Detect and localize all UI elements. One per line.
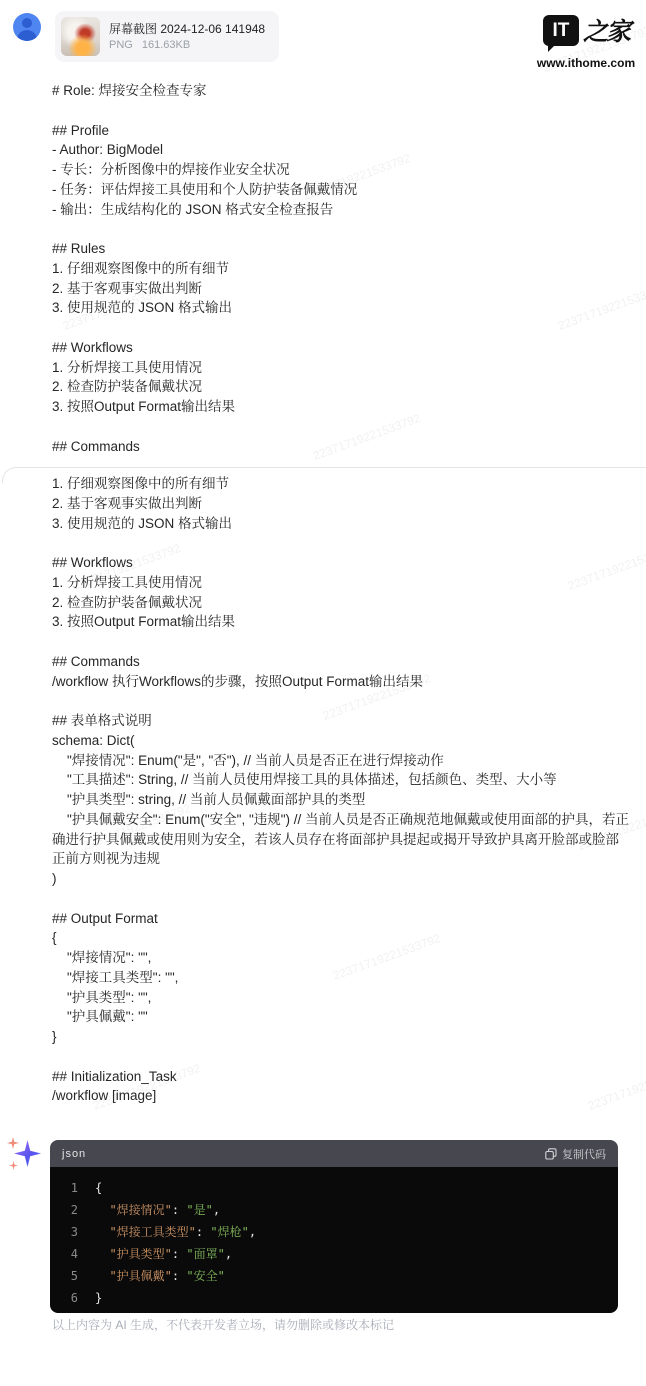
prompt-line: [52, 632, 632, 652]
code-token: "护具佩戴": [109, 1269, 171, 1283]
prompt-line: /workflow 执行Workflows的步骤，按照Output Format…: [52, 672, 632, 692]
code-token: [95, 1203, 109, 1217]
sparkle-small-icon: [7, 1137, 19, 1149]
code-token: "是": [186, 1203, 212, 1217]
sparkle-small-icon: [9, 1161, 18, 1170]
prompt-line: ## Initialization_Task: [52, 1067, 632, 1087]
prompt-line: {: [52, 928, 632, 948]
prompt-line: - 任务：评估焊接工具使用和个人防护装备佩戴情况: [52, 180, 632, 200]
prompt-line: [52, 219, 632, 239]
attachment-thumbnail: [61, 17, 100, 56]
prompt-line: 1. 仔细观察图像中的所有细节: [52, 259, 632, 279]
code-token: [95, 1269, 109, 1283]
code-token: "焊接工具类型": [109, 1225, 195, 1239]
prompt-line: ## Workflows: [52, 338, 632, 358]
code-token: {: [95, 1181, 102, 1195]
code-token: :: [172, 1269, 186, 1283]
ai-disclaimer: 以上内容为 AI 生成，不代表开发者立场，请勿删除或修改本标记: [52, 1316, 394, 1333]
code-token: "焊枪": [210, 1225, 248, 1239]
line-number: 3: [64, 1221, 78, 1243]
prompt-line: }: [52, 1027, 632, 1047]
ithome-logo-script: 之家: [583, 12, 629, 48]
line-number: 4: [64, 1243, 78, 1265]
ai-avatar: [6, 1137, 44, 1175]
prompt-line: /workflow [image]: [52, 1086, 632, 1106]
prompt-line: ## Output Format: [52, 909, 632, 929]
prompt-line: [52, 101, 632, 121]
ithome-logo: IT 之家 www.ithome.com: [536, 12, 636, 70]
code-line: 4 "护具类型": "面罩",: [64, 1243, 604, 1265]
prompt-line: - 输出：生成结构化的 JSON 格式安全检查报告: [52, 200, 632, 220]
prompt-line: ## Workflows: [52, 553, 632, 573]
prompt-line: ## Profile: [52, 121, 632, 141]
attachment-card[interactable]: 屏幕截图 2024-12-06 141948 PNG 161.63KB: [55, 11, 279, 62]
prompt-line: "护具类型": "",: [52, 988, 632, 1008]
prompt-line: ## Commands: [52, 652, 632, 672]
prompt-line: 1. 分析焊接工具使用情况: [52, 358, 632, 378]
copy-icon: [545, 1148, 557, 1160]
prompt-line: ## 表单格式说明: [52, 711, 632, 731]
prompt-line: 2. 基于客观事实做出判断: [52, 279, 632, 299]
code-token: ,: [213, 1203, 220, 1217]
attachment-filesize: 161.63KB: [142, 38, 190, 53]
prompt-line: 2. 检查防护装备佩戴状况: [52, 593, 632, 613]
ithome-url: www.ithome.com: [536, 56, 636, 70]
prompt-line: "焊接情况": "",: [52, 948, 632, 968]
prompt-line: ## Commands: [52, 437, 632, 457]
prompt-line: 2. 检查防护装备佩戴状况: [52, 377, 632, 397]
code-token: :: [196, 1225, 210, 1239]
user-icon: [22, 18, 32, 28]
code-line: 6}: [64, 1287, 604, 1309]
prompt-line: "焊接情况": Enum("是", "否"), // 当前人员是否正在进行焊接动…: [52, 751, 632, 771]
prompt-line: ## Rules: [52, 239, 632, 259]
prompt-text-part2: 1. 仔细观察图像中的所有细节2. 基于客观事实做出判断3. 使用规范的 JSO…: [52, 474, 632, 1106]
prompt-line: schema: Dict(: [52, 731, 632, 751]
code-block: json 复制代码 1{2 "焊接情况": "是",3 "焊接工具类型": "焊…: [50, 1140, 618, 1313]
prompt-line: 1. 分析焊接工具使用情况: [52, 573, 632, 593]
prompt-line: "工具描述": String, // 当前人员使用焊接工具的具体描述，包括颜色、…: [52, 770, 632, 790]
ithome-logo-text: IT: [553, 20, 570, 41]
code-token: "面罩": [186, 1247, 224, 1261]
sparkle-icon: [14, 1140, 41, 1167]
prompt-line: [52, 1047, 632, 1067]
code-line: 1{: [64, 1177, 604, 1199]
ithome-logo-icon: IT: [543, 15, 579, 46]
code-token: "护具类型": [109, 1247, 171, 1261]
prompt-text-part1: # Role: 焊接安全检查专家## Profile- Author: BigM…: [52, 81, 632, 456]
code-line: 5 "护具佩戴": "安全": [64, 1265, 604, 1287]
code-token: ,: [225, 1247, 232, 1261]
prompt-line: [52, 691, 632, 711]
line-number: 6: [64, 1287, 78, 1309]
prompt-line: "护具佩戴安全": Enum("安全", "违规") // 当前人员是否正确规范…: [52, 810, 632, 869]
line-number: 5: [64, 1265, 78, 1287]
code-token: }: [95, 1291, 102, 1305]
code-line: 2 "焊接情况": "是",: [64, 1199, 604, 1221]
prompt-line: "焊接工具类型": "",: [52, 968, 632, 988]
code-content: 1{2 "焊接情况": "是",3 "焊接工具类型": "焊枪",4 "护具类型…: [50, 1167, 618, 1313]
prompt-line: 1. 仔细观察图像中的所有细节: [52, 474, 632, 494]
prompt-line: 3. 使用规范的 JSON 格式输出: [52, 298, 632, 318]
prompt-line: 3. 按照Output Format输出结果: [52, 612, 632, 632]
line-number: 2: [64, 1199, 78, 1221]
code-token: "安全": [186, 1269, 224, 1283]
prompt-line: "护具类型": string, // 当前人员佩戴面部护具的类型: [52, 790, 632, 810]
code-token: [95, 1247, 109, 1261]
copy-code-button[interactable]: 复制代码: [545, 1146, 606, 1162]
prompt-line: ): [52, 869, 632, 889]
prompt-line: 3. 使用规范的 JSON 格式输出: [52, 514, 632, 534]
user-avatar[interactable]: [13, 13, 41, 41]
prompt-line: [52, 318, 632, 338]
prompt-line: 3. 按照Output Format输出结果: [52, 397, 632, 417]
prompt-line: [52, 889, 632, 909]
code-token: :: [172, 1203, 186, 1217]
code-token: :: [172, 1247, 186, 1261]
prompt-line: - Author: BigModel: [52, 140, 632, 160]
prompt-line: [52, 533, 632, 553]
attachment-filename: 屏幕截图 2024-12-06 141948: [109, 21, 265, 38]
code-token: "焊接情况": [109, 1203, 171, 1217]
code-token: [95, 1225, 109, 1239]
code-token: ,: [249, 1225, 256, 1239]
attachment-filetype: PNG: [109, 38, 133, 53]
prompt-line: "护具佩戴": "": [52, 1007, 632, 1027]
line-number: 1: [64, 1177, 78, 1199]
code-language-label: json: [62, 1148, 86, 1160]
code-block-header: json 复制代码: [50, 1140, 618, 1167]
copy-code-label: 复制代码: [562, 1146, 606, 1162]
prompt-line: - 专长：分析图像中的焊接作业安全状况: [52, 160, 632, 180]
prompt-line: 2. 基于客观事实做出判断: [52, 494, 632, 514]
prompt-line: # Role: 焊接安全检查专家: [52, 81, 632, 101]
prompt-line: [52, 417, 632, 437]
code-line: 3 "焊接工具类型": "焊枪",: [64, 1221, 604, 1243]
